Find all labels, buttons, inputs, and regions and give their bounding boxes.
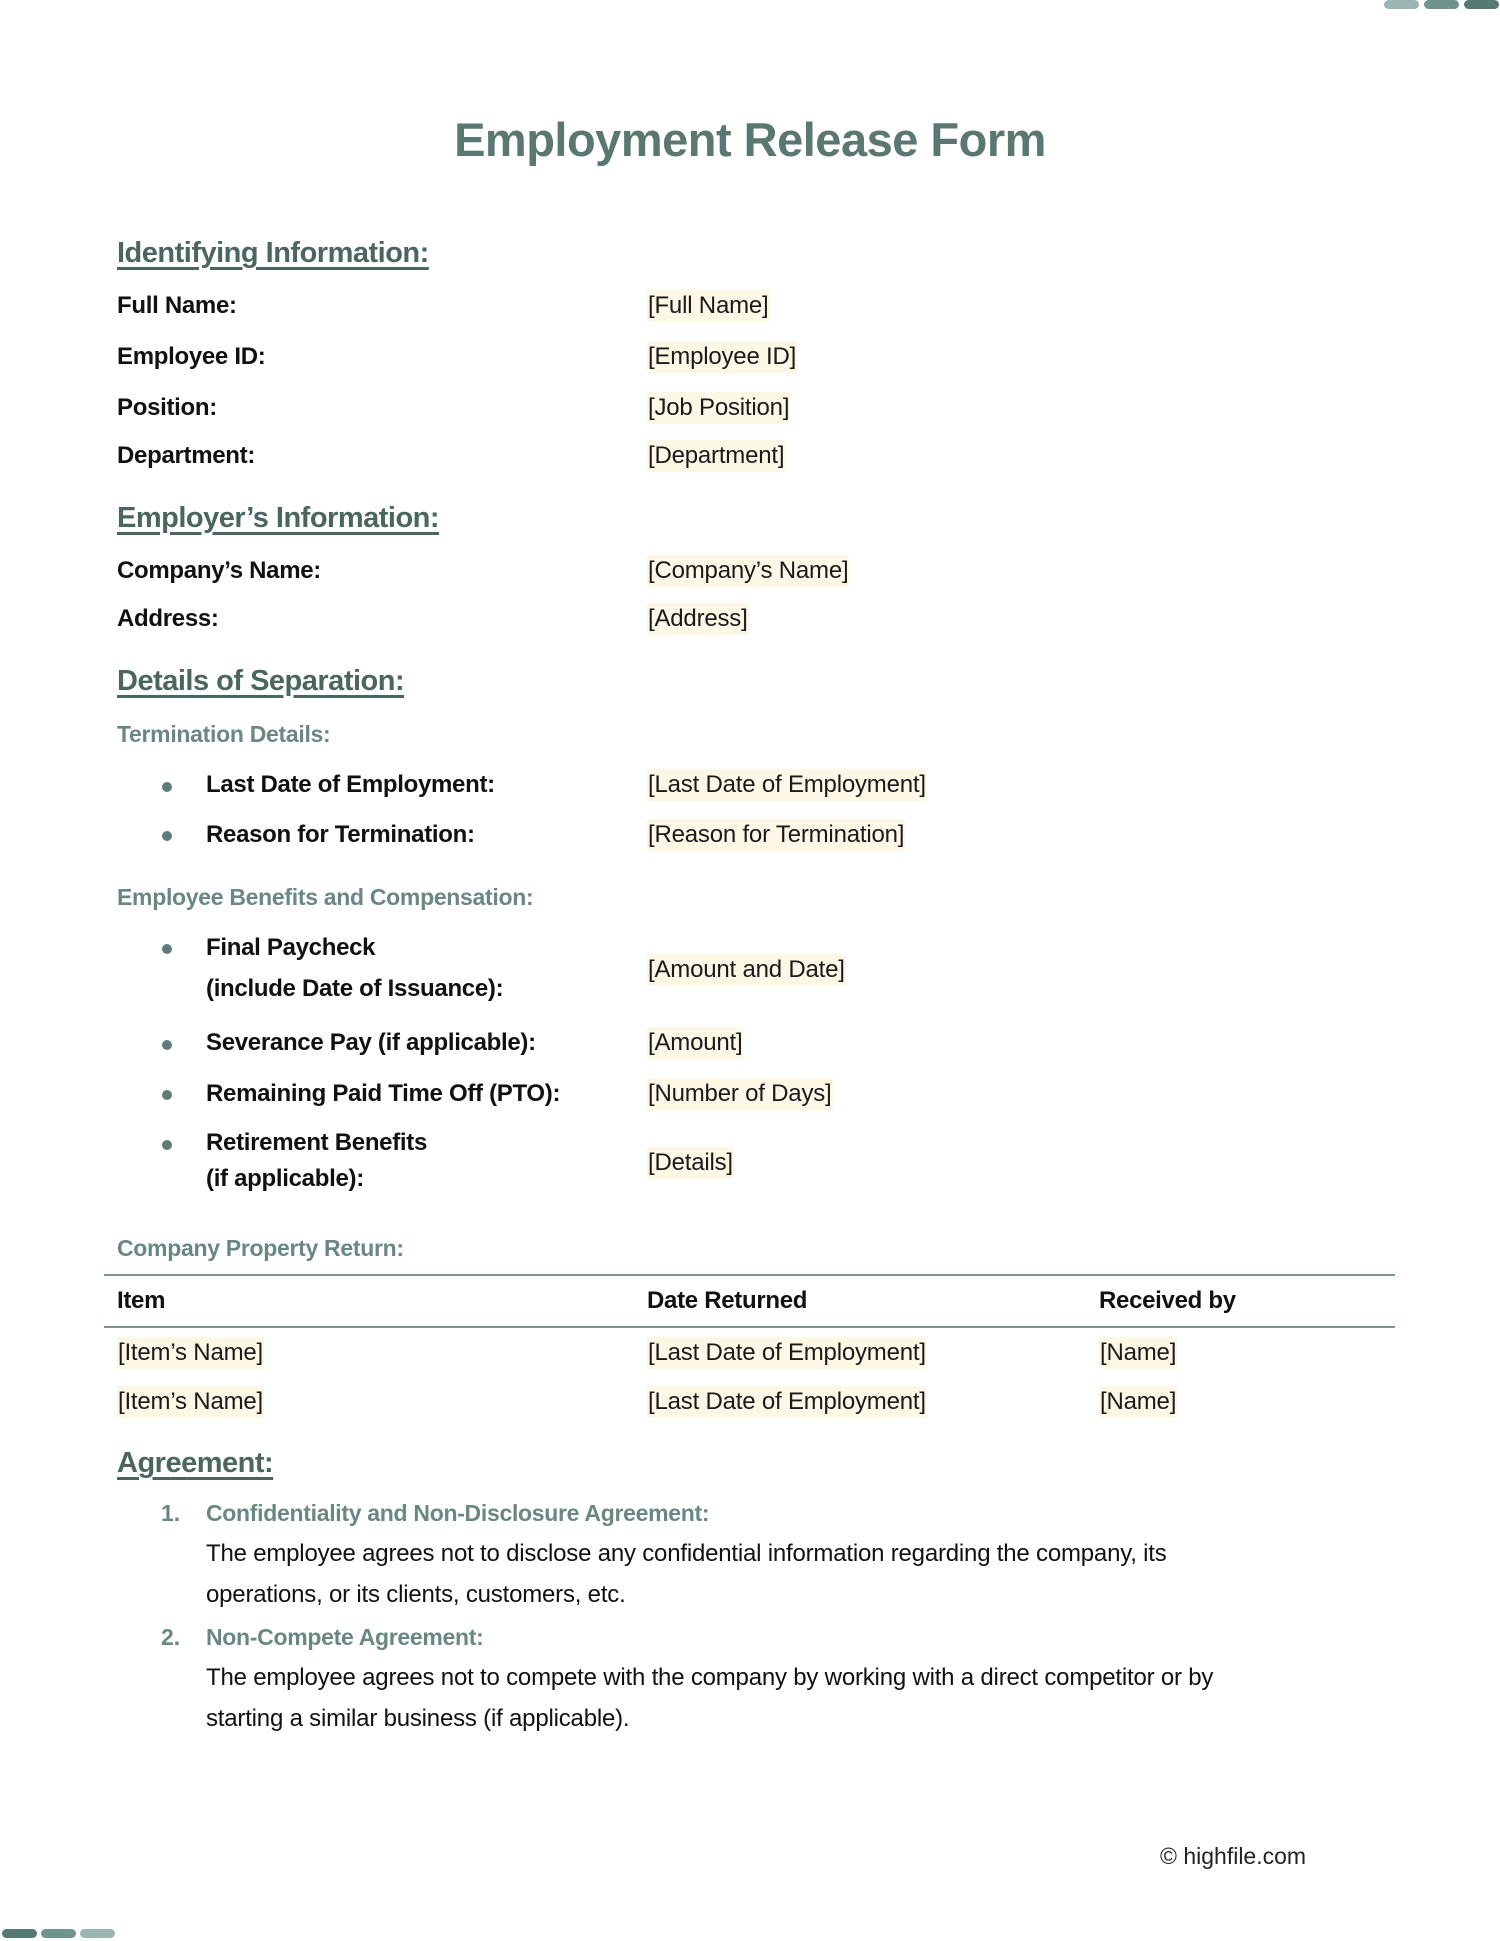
agreement-item-text-line2: operations, or its clients, customers, e… bbox=[206, 1581, 626, 1609]
severance-field[interactable]: [Amount] bbox=[647, 1027, 743, 1059]
subheading-benefits: Employee Benefits and Compensation: bbox=[117, 884, 533, 911]
table-cell-item[interactable]: [Item’s Name] bbox=[117, 1386, 264, 1418]
section-heading-agreement: Agreement: bbox=[117, 1447, 273, 1480]
reason-label: Reason for Termination: bbox=[206, 821, 475, 849]
agreement-item-number: 1. bbox=[161, 1500, 180, 1527]
column-header-date-returned: Date Returned bbox=[647, 1287, 807, 1315]
table-cell-item[interactable]: [Item’s Name] bbox=[117, 1337, 264, 1369]
decor-pill-6 bbox=[80, 1929, 115, 1938]
employee-id-field[interactable]: [Employee ID] bbox=[647, 341, 797, 373]
department-field[interactable]: [Department] bbox=[647, 440, 785, 472]
section-heading-employer: Employer’s Information: bbox=[117, 502, 439, 535]
retirement-field[interactable]: [Details] bbox=[647, 1147, 734, 1179]
last-date-label: Last Date of Employment: bbox=[206, 771, 495, 799]
table-cell-received-by[interactable]: [Name] bbox=[1099, 1386, 1177, 1418]
agreement-item-text-line1: The employee agrees not to compete with … bbox=[206, 1664, 1213, 1692]
decor-pill-3 bbox=[1464, 0, 1499, 9]
full-name-label: Full Name: bbox=[117, 292, 237, 320]
decor-pill-4 bbox=[2, 1929, 37, 1938]
reason-field[interactable]: [Reason for Termination] bbox=[647, 819, 905, 851]
pto-field[interactable]: [Number of Days] bbox=[647, 1078, 833, 1110]
final-paycheck-label-line1: Final Paycheck bbox=[206, 934, 375, 962]
table-cell-date-returned[interactable]: [Last Date of Employment] bbox=[647, 1386, 927, 1418]
table-header-rule bbox=[104, 1326, 1395, 1328]
agreement-item-text-line1: The employee agrees not to disclose any … bbox=[206, 1540, 1167, 1568]
company-name-field[interactable]: [Company’s Name] bbox=[647, 555, 849, 587]
decor-pill-5 bbox=[41, 1929, 76, 1938]
subheading-termination: Termination Details: bbox=[117, 721, 330, 748]
column-header-item: Item bbox=[117, 1287, 165, 1315]
department-label: Department: bbox=[117, 442, 255, 470]
agreement-item-text-line2: starting a similar business (if applicab… bbox=[206, 1705, 629, 1733]
section-heading-separation: Details of Separation: bbox=[117, 665, 404, 698]
address-field[interactable]: [Address] bbox=[647, 603, 749, 635]
final-paycheck-field[interactable]: [Amount and Date] bbox=[647, 954, 846, 986]
bullet-icon bbox=[162, 1140, 172, 1150]
severance-label: Severance Pay (if applicable): bbox=[206, 1029, 536, 1057]
retirement-label-line2: (if applicable): bbox=[206, 1165, 364, 1193]
subheading-property: Company Property Return: bbox=[117, 1235, 404, 1262]
bullet-icon bbox=[162, 944, 172, 954]
company-name-label: Company’s Name: bbox=[117, 557, 321, 585]
column-header-received-by: Received by bbox=[1099, 1287, 1236, 1315]
page-title: Employment Release Form bbox=[0, 112, 1500, 167]
agreement-item-title: Confidentiality and Non-Disclosure Agree… bbox=[206, 1500, 709, 1527]
table-cell-received-by[interactable]: [Name] bbox=[1099, 1337, 1177, 1369]
section-heading-identifying: Identifying Information: bbox=[117, 237, 429, 270]
table-cell-date-returned[interactable]: [Last Date of Employment] bbox=[647, 1337, 927, 1369]
employee-id-label: Employee ID: bbox=[117, 343, 265, 371]
agreement-item-number: 2. bbox=[161, 1624, 180, 1651]
agreement-item-title: Non-Compete Agreement: bbox=[206, 1624, 484, 1651]
pto-label: Remaining Paid Time Off (PTO): bbox=[206, 1080, 560, 1108]
table-top-rule bbox=[104, 1274, 1395, 1276]
bullet-icon bbox=[162, 782, 172, 792]
decor-pill-1 bbox=[1384, 0, 1419, 9]
final-paycheck-label-line2: (include Date of Issuance): bbox=[206, 975, 503, 1003]
bullet-icon bbox=[162, 831, 172, 841]
copyright-footer: © highfile.com bbox=[1160, 1843, 1306, 1870]
bullet-icon bbox=[162, 1090, 172, 1100]
full-name-field[interactable]: [Full Name] bbox=[647, 290, 770, 322]
last-date-field[interactable]: [Last Date of Employment] bbox=[647, 769, 927, 801]
retirement-label-line1: Retirement Benefits bbox=[206, 1129, 427, 1157]
decor-pill-2 bbox=[1424, 0, 1459, 9]
position-label: Position: bbox=[117, 394, 217, 422]
bullet-icon bbox=[162, 1040, 172, 1050]
position-field[interactable]: [Job Position] bbox=[647, 392, 790, 424]
address-label: Address: bbox=[117, 605, 219, 633]
